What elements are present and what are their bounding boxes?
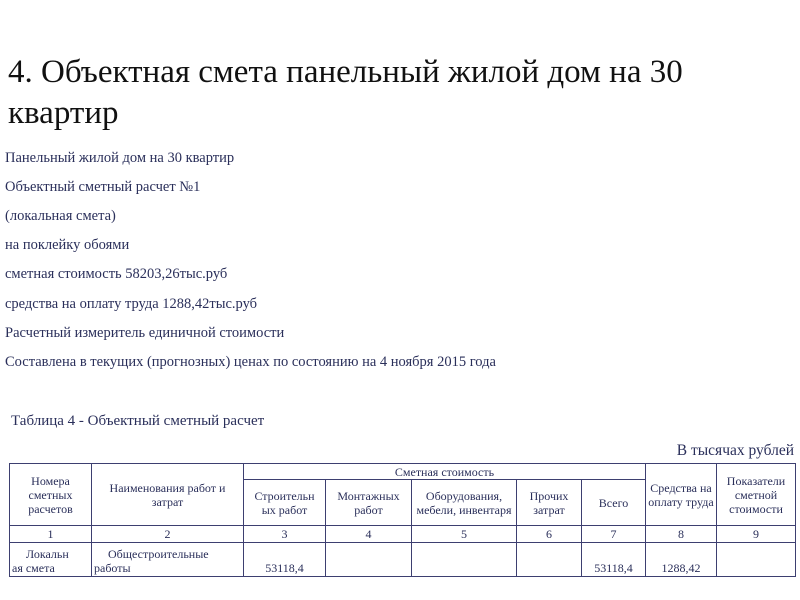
header-other-costs: Прочих затрат (517, 480, 582, 526)
estimate-table: Номера сметных расчетов Наименования раб… (9, 463, 796, 577)
column-number: 1 (10, 526, 92, 543)
cell-estimate-number: Локальная смета (10, 543, 92, 577)
header-equipment: Оборудования, мебели, инвентаря (412, 480, 517, 526)
info-line-unit-cost-meter: Расчетный измеритель единичной стоимости (5, 325, 284, 342)
table-caption: Таблица 4 - Объектный сметный расчет (11, 413, 264, 430)
cell-labor-funds: 1288,42 (646, 543, 717, 577)
column-number: 3 (244, 526, 326, 543)
slide-title: 4. Объектная смета панельный жилой дом н… (8, 52, 788, 134)
header-cost-indicators: Показатели сметной стоимости (717, 464, 796, 526)
table-units: В тысячах рублей (677, 442, 794, 460)
column-number: 7 (582, 526, 646, 543)
cell-work-name: Общестроительныеработы (92, 543, 244, 577)
cell-total: 53118,4 (582, 543, 646, 577)
info-line-estimated-cost: сметная стоимость 58203,26тыс.руб (5, 266, 227, 283)
header-work-names: Наименования работ и затрат (92, 464, 244, 526)
table-row: Локальная смета Общестроительныеработы 5… (10, 543, 796, 577)
header-estimate-numbers: Номера сметных расчетов (10, 464, 92, 526)
info-line-building: Панельный жилой дом на 30 квартир (5, 150, 234, 167)
column-number: 4 (326, 526, 412, 543)
column-number: 5 (412, 526, 517, 543)
cell-construction-works: 53118,4 (244, 543, 326, 577)
column-number: 9 (717, 526, 796, 543)
header-group-estimated-cost: Сметная стоимость (244, 464, 646, 480)
column-number: 8 (646, 526, 717, 543)
info-line-work-type: на поклейку обоями (5, 237, 129, 254)
header-total: Всего (582, 480, 646, 526)
header-installation-works: Монтажных работ (326, 480, 412, 526)
header-labor-funds: Средства на оплату труда (646, 464, 717, 526)
cell-other-costs (517, 543, 582, 577)
cell-cost-indicators (717, 543, 796, 577)
cell-equipment (412, 543, 517, 577)
info-line-labor-funds: средства на оплату труда 1288,42тыс.руб (5, 296, 257, 313)
column-number-row: 1 2 3 4 5 6 7 8 9 (10, 526, 796, 543)
info-line-estimate-type: (локальная смета) (5, 208, 116, 225)
info-line-estimate-number: Объектный сметный расчет №1 (5, 179, 200, 196)
column-number: 6 (517, 526, 582, 543)
column-number: 2 (92, 526, 244, 543)
info-line-price-date: Составлена в текущих (прогнозных) ценах … (5, 354, 496, 371)
cell-installation-works (326, 543, 412, 577)
header-construction-works: Строительн ых работ (244, 480, 326, 526)
